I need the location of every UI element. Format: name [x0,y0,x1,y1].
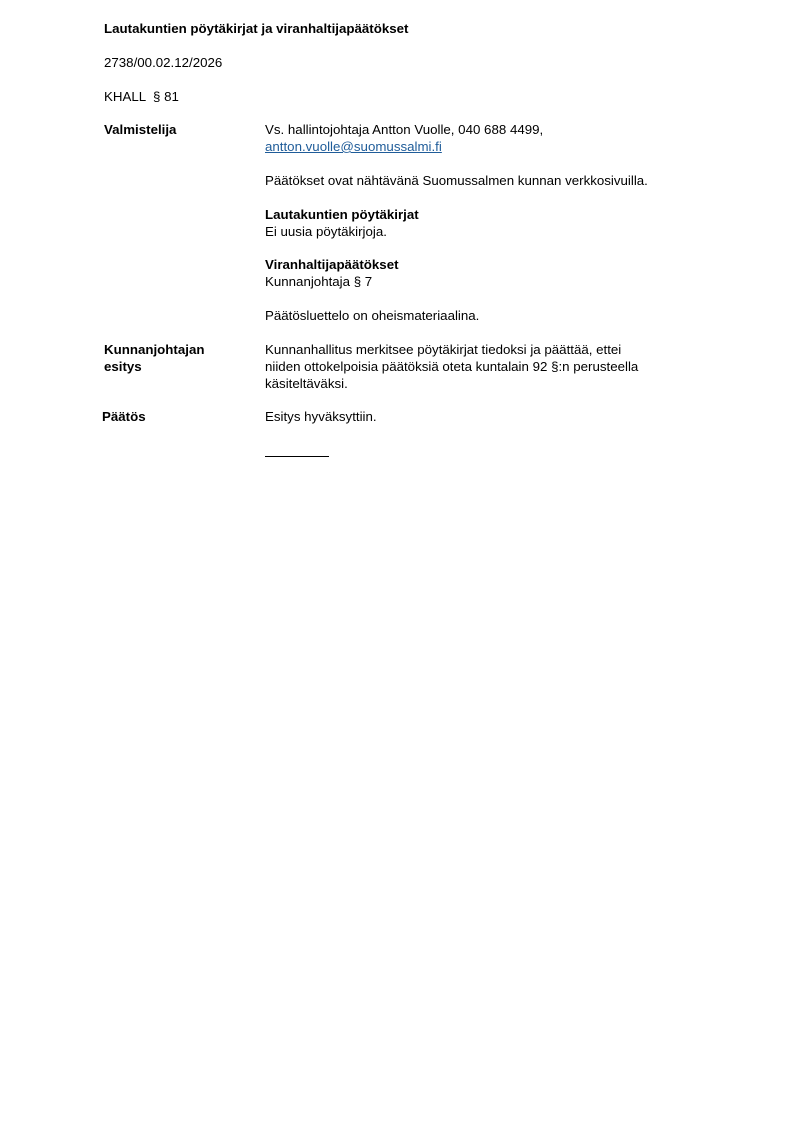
decision-label: Päätös [102,408,252,425]
proposal-text-line3: käsiteltäväksi. [265,375,695,392]
committee-minutes-text: Ei uusia pöytäkirjoja. [265,223,695,240]
preparer-name-phone: Vs. hallintojohtaja Antton Vuolle, 040 6… [265,121,695,138]
proposal-text: Kunnanhallitus merkitsee pöytäkirjat tie… [265,341,695,392]
record-number: 2738/00.02.12/2026 [104,54,222,71]
proposal-text-line1: Kunnanhallitus merkitsee pöytäkirjat tie… [265,341,695,358]
committee-minutes-section: Lautakuntien pöytäkirjat Ei uusia pöytäk… [265,206,695,240]
document-title: Lautakuntien pöytäkirjat ja viranhaltija… [104,20,408,37]
preparer-email-link[interactable]: antton.vuolle@suomussalmi.fi [265,139,442,154]
decision-text: Esitys hyväksyttiin. [265,408,695,425]
proposal-label-line2: esitys [104,358,254,375]
official-decisions-text: Kunnanjohtaja § 7 [265,273,695,290]
attachment-note: Päätösluettelo on oheismateriaalina. [265,307,695,324]
committee-minutes-heading: Lautakuntien pöytäkirjat [265,206,695,223]
end-divider-line [265,456,329,457]
preparer-label: Valmistelija [104,121,254,138]
section-reference: KHALL § 81 [104,88,179,105]
proposal-text-line2: niiden ottokelpoisia päätöksiä oteta kun… [265,358,695,375]
publication-notice: Päätökset ovat nähtävänä Suomussalmen ku… [265,172,695,189]
proposal-label: Kunnanjohtajan esitys [104,341,254,375]
proposal-label-line1: Kunnanjohtajan [104,341,254,358]
official-decisions-heading: Viranhaltijapäätökset [265,256,695,273]
official-decisions-section: Viranhaltijapäätökset Kunnanjohtaja § 7 [265,256,695,290]
preparer-contact: Vs. hallintojohtaja Antton Vuolle, 040 6… [265,121,695,155]
